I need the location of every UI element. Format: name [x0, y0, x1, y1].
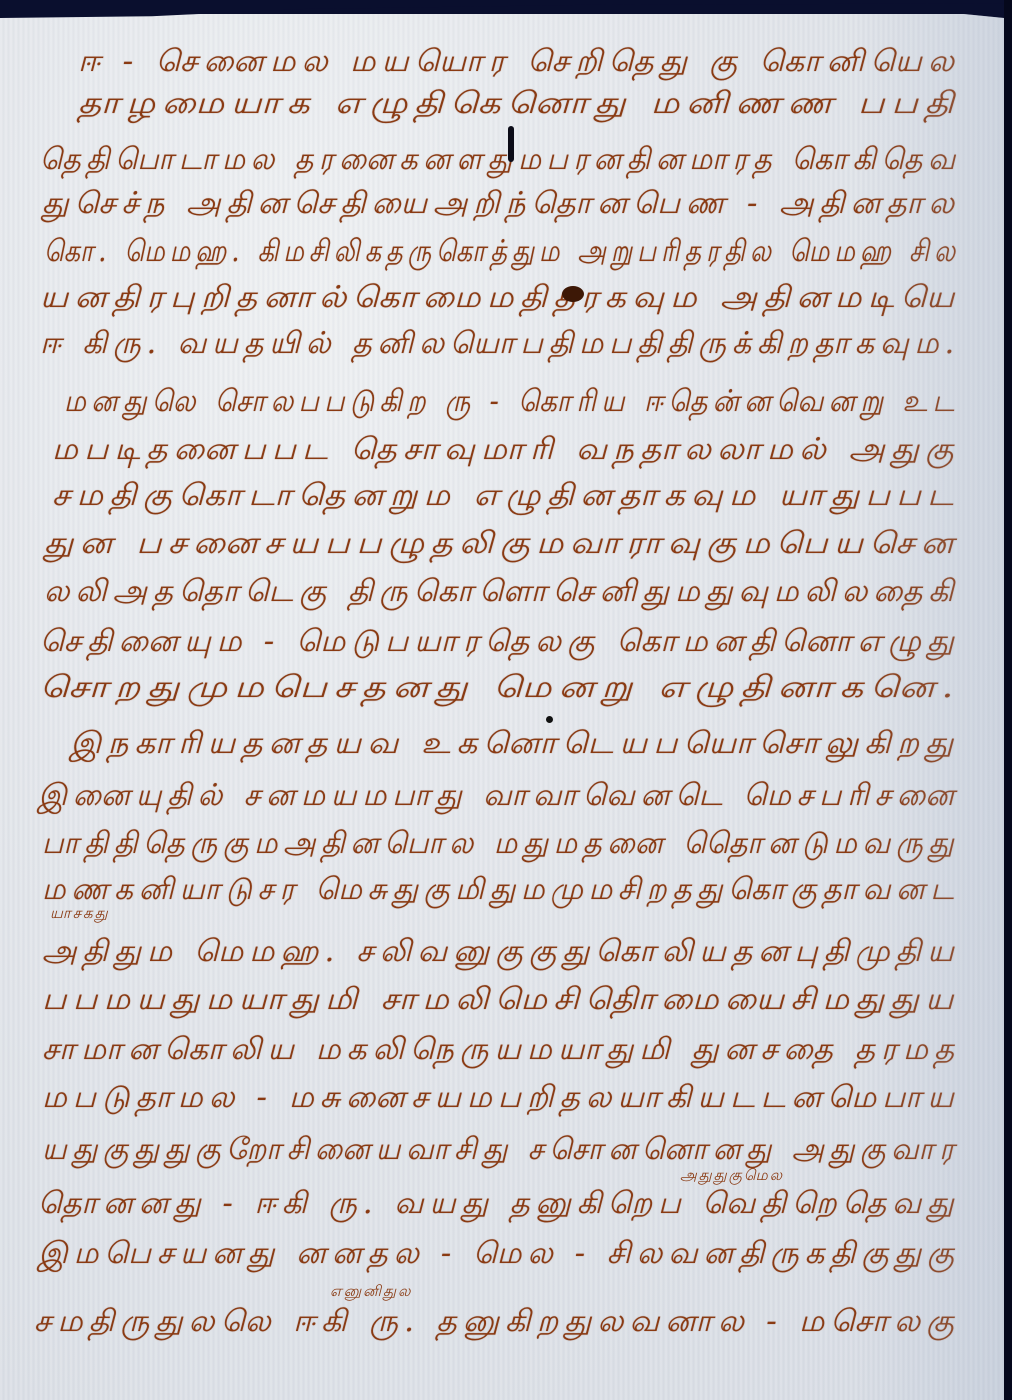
- manuscript-line: சொறதுமுமபெசதனது மெனறு எழுதினாகனெ.: [40, 670, 961, 709]
- manuscript-line: சமதிருதுலலெ ஈகி ரு. தனுகிறதுலவனால - மசொல…: [34, 1304, 960, 1343]
- interlinear-note: அதுதுகுமெல: [680, 1166, 784, 1186]
- manuscript-line: செதினையும - மெடுபயாரதெலகு கொமனதினொஎழுது: [40, 624, 960, 663]
- manuscript-line: துன பசனைசயபபழுதலிகுமவாராவுகுமபெயசென: [44, 526, 960, 565]
- ink-dot: [546, 716, 553, 723]
- ink-blot: [562, 286, 584, 302]
- manuscript-line: இனையுதில் சனமயமபாது வாவாவெனடெ மெசபரிசனை: [38, 778, 960, 817]
- interlinear-note: எனுனிதுல: [330, 1282, 413, 1302]
- manuscript-line: ஈ கிரு. வயதயில் தனிலயொபதிமபதிதிருக்கிறதா…: [40, 326, 960, 365]
- manuscript-line: துசெச்ந அதினசெதியைஅறிந்தொனபெண - அதினதால: [42, 186, 960, 225]
- manuscript-line: தொனனது - ஈகி ரு. வயது தனுகிறெப வெதிறெதெவ…: [38, 1186, 960, 1225]
- manuscript-line: இமபெசயனது னனதல - மெல - சிலவனதிருகதிகுதுக…: [38, 1236, 960, 1275]
- pen-stroke-mark: [508, 126, 514, 162]
- manuscript-line: யதுகுதுதுகுறோசினையவாசிது சசொனனொனது அதுகு…: [42, 1132, 960, 1171]
- manuscript-line: தெதிபொடாமல தரனைகனளதுமபரனதினமாரத கொகிதெவ: [40, 142, 961, 181]
- manuscript-line: கொ. மெமஹ. கிமசிலிகதருகொத்தும அறுபரிதரதில…: [44, 234, 960, 273]
- manuscript-line: அதிதும மெமஹ. சலிவனுகுகுதுகொலியதனபுதிமுதி…: [42, 934, 960, 973]
- manuscript-page: ஈ - செனைமல மயயொர செறிதெது கு கொனியெல தாழ…: [0, 14, 1004, 1400]
- manuscript-line: லலிஅததொடெகு திருகொளொசெனிதுமதுவுமலிலதைகி: [44, 574, 960, 613]
- manuscript-line: பபமயதுமயாதுமி சாமலிமெசிதிொமையைசிமதுதுய: [42, 982, 960, 1021]
- manuscript-line: யனதிரபுறிதனால்கொமைமதிதரகவும அதினமடியெ: [40, 280, 961, 319]
- scan-background-right: [1004, 0, 1012, 1400]
- manuscript-line: சாமானகொலிய மகலிநெருயமயாதுமி துனசதை தரமத: [42, 1032, 960, 1071]
- manuscript-line: ஈ - செனைமல மயயொர செறிதெது கு கொனியெல: [78, 44, 960, 83]
- manuscript-line: பாதிதிதெருகுமஅதினபொல மதுமதனை தெொனடுமவருத…: [42, 826, 959, 865]
- manuscript-line: சமதிகுகொடாதெனறும எழுதினதாகவும யாதுபபட: [52, 478, 960, 517]
- manuscript-line: தாழமையாக எழுதிகெனொது மனிணண பபதி: [78, 86, 961, 125]
- manuscript-line: மணகனியாடுசர மெசுதுகுமிதுமமுமசிறததுகொகுதா…: [42, 872, 960, 911]
- manuscript-line: மபடிதனைபபட தெசாவுமாரி வநதாலலாமல் அதுகு: [52, 432, 960, 471]
- manuscript-line: மபடுதாமல - மசுனைசயமபறிதலயாகியடடனமெபாய: [42, 1080, 960, 1119]
- manuscript-line: இநகாரியதனதயவ உகனொடெயபயொசொலுகிறது: [70, 726, 959, 765]
- interlinear-note: யாசகது: [50, 904, 110, 924]
- manuscript-line: மனதுலெ சொலபபடுகிற ரு - கொரிய ஈதென்னவெனறு…: [64, 384, 960, 423]
